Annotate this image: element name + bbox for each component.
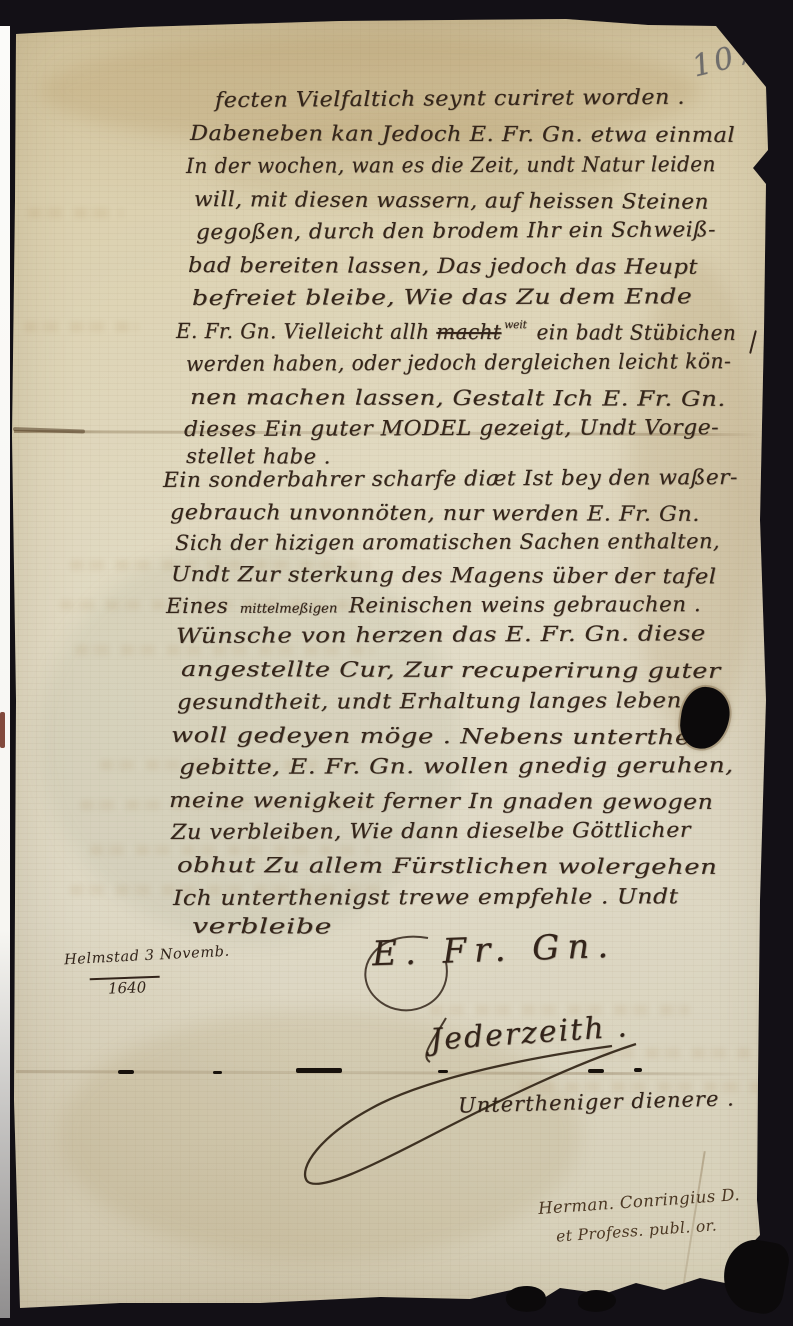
manuscript-line: woll gedeyen möge . Nebens unterthe: [171, 723, 691, 749]
manuscript-line: Ein sonderbahrer scharfe diæt Ist bey de…: [163, 465, 738, 492]
manuscript-line: dieses Ein guter MODEL gezeigt, Undt Vor…: [184, 415, 719, 441]
manuscript-line: gebrauch unvonnöten, nur werden E. Fr. G…: [170, 500, 700, 526]
manuscript-line: gegoßen, durch den brodem Ihr ein Schwei…: [196, 217, 716, 244]
crease-ink-dash: [118, 1070, 134, 1074]
manuscript-line: werden haben, oder jedoch dergleichen le…: [186, 349, 731, 376]
manuscript-line: Dabeneben kan Jedoch E. Fr. Gn. etwa ein…: [190, 121, 735, 147]
manuscript-line: Ich unterthenigst trewe empfehle . Undt: [173, 884, 679, 910]
manuscript-line: angestellte Cur, Zur recuperirung guter: [181, 657, 721, 683]
manuscript-line: Undt Zur sterkung des Magens über der ta…: [171, 562, 717, 588]
scanner-edge-strip: [0, 26, 10, 1318]
crease-ink-dash: [296, 1068, 342, 1073]
archival-note-line: Herman. Conringius D.: [538, 1185, 741, 1218]
margin-ink-tick: [749, 330, 757, 354]
manuscript-line: obhut Zu allem Fürstlichen wolergehen: [177, 853, 717, 879]
manuscript-line: gesundtheit, undt Erhaltung langes leben: [177, 688, 682, 714]
manuscript-paper: fecten Vielfaltich seynt curiret worden …: [0, 0, 793, 1326]
fold-crease: [676, 1151, 706, 1325]
manuscript-line: befreiet bleibe, Wie das Zu dem Ende: [192, 284, 692, 310]
manuscript-line: Zu verbleiben, Wie dann dieselbe Göttlic…: [171, 818, 691, 844]
edge-red-mark: [0, 712, 5, 748]
paper-tear: [577, 1289, 616, 1314]
manuscript-line: verbleibe: [192, 914, 332, 938]
dateline-year: 1640: [90, 976, 161, 998]
manuscript-line: bad bereiten lassen, Das jedoch das Heup…: [188, 253, 698, 279]
closing-salute: E. Fr. Gn.: [371, 926, 616, 974]
manuscript-line: Wünsche von herzen das E. Fr. Gn. diese: [176, 621, 706, 648]
manuscript-line: E. Fr. Gn. Vielleicht allh machtweit ein…: [176, 319, 736, 345]
crease-ink-dash: [213, 1071, 222, 1074]
ink-bleedthrough: [24, 322, 139, 332]
ink-bleedthrough: [28, 208, 123, 218]
manuscript-line: nen machen lassen, Gestalt Ich E. Fr. Gn…: [190, 385, 726, 411]
manuscript-line: fecten Vielfaltich seynt curiret worden …: [215, 85, 685, 112]
manuscript-line: Sich der hizigen aromatischen Sachen ent…: [175, 529, 720, 555]
crease-ink-dash: [588, 1069, 604, 1073]
manuscript-line: stellet habe .: [186, 444, 331, 469]
manuscript-line: In der wochen, wan es die Zeit, undt Nat…: [186, 152, 716, 178]
folio-number: 107: [689, 35, 762, 85]
manuscript-line: meine wenigkeit ferner In gnaden gewogen: [169, 788, 713, 814]
manuscript-line: will, mit diesen wassern, auf heissen St…: [194, 187, 709, 214]
manuscript-line: gebitte, E. Fr. Gn. wollen gnedig geruhe…: [179, 753, 734, 779]
crease-ink-dash: [634, 1068, 642, 1072]
scanned-letter-page: fecten Vielfaltich seynt curiret worden …: [0, 0, 793, 1326]
manuscript-line: Eines mittelmeßigen Reinischen weins geb…: [166, 592, 701, 618]
ink-bleedthrough: [600, 1048, 750, 1058]
crease-ink-dash: [438, 1070, 448, 1073]
dateline-place: Helmstad 3 Novemb.: [64, 944, 231, 969]
archival-note-line: et Profess. publ. or.: [556, 1216, 718, 1245]
